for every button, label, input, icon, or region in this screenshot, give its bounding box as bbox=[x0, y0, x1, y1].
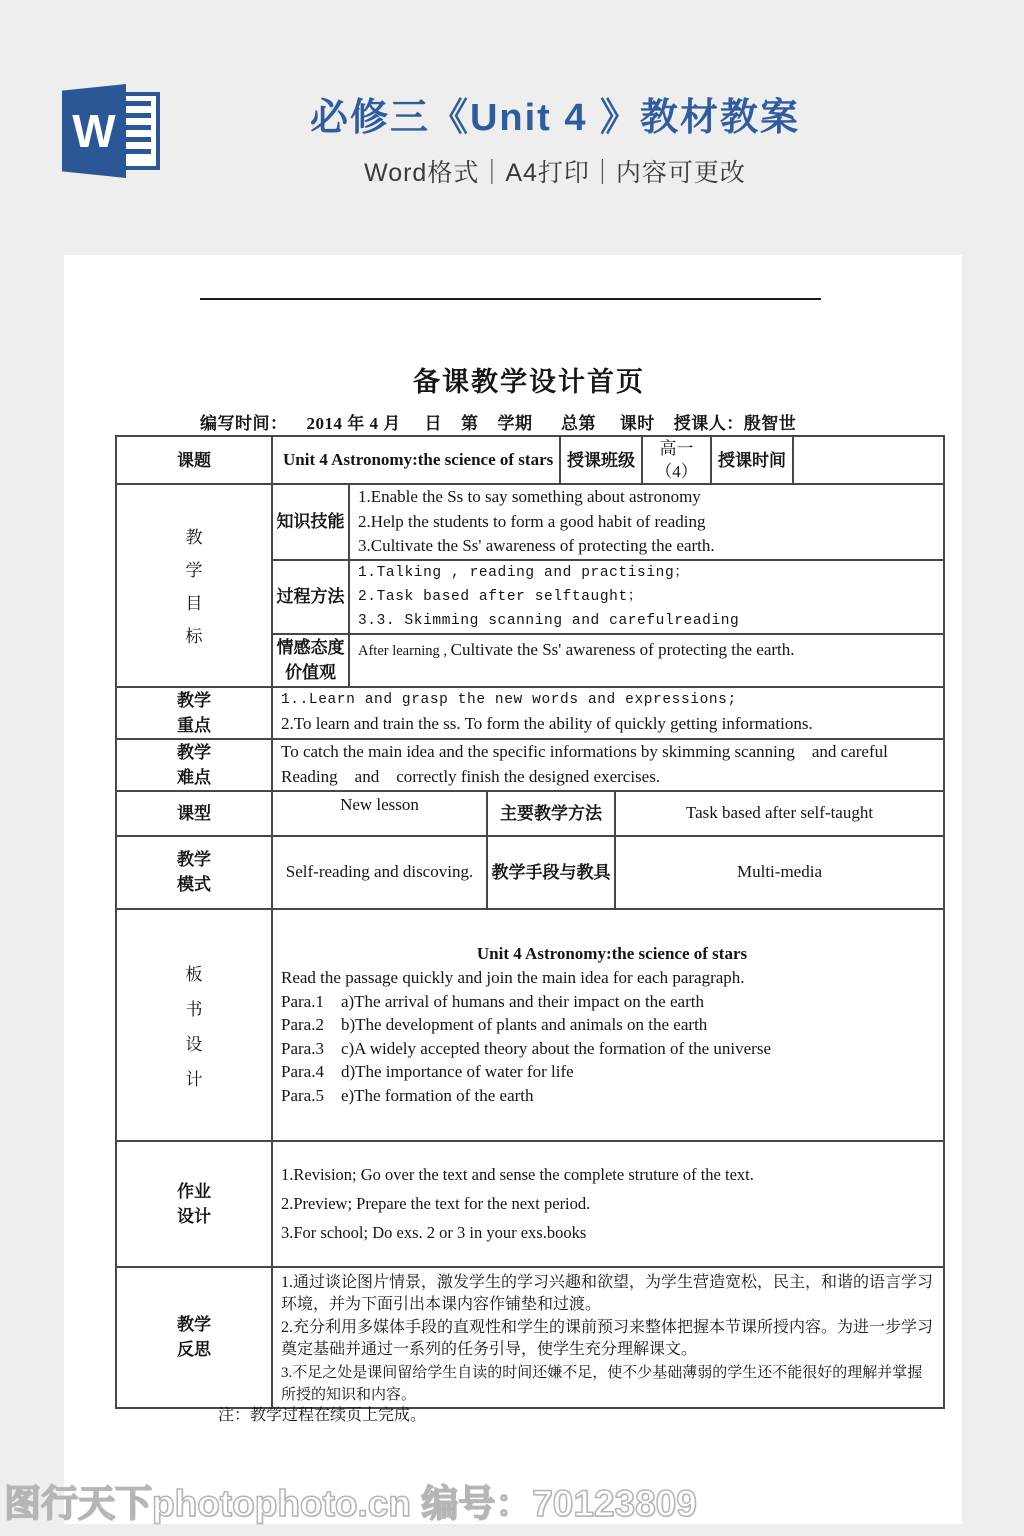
reflection-label-line1: 教学 bbox=[177, 1315, 211, 1334]
objectives-char: 标 bbox=[186, 622, 203, 647]
table-row: 课型 New lesson 主要教学方法 Task based after se… bbox=[116, 791, 944, 836]
table-row: 教学 难点 To catch the main idea and the spe… bbox=[116, 739, 944, 791]
time-value-empty bbox=[793, 436, 944, 484]
emotion-label-line1: 情感态度 bbox=[277, 638, 345, 657]
board-design-char: 书 bbox=[186, 995, 203, 1020]
topic-value: Unit 4 Astronomy:the science of stars bbox=[272, 436, 560, 484]
board-design-char: 计 bbox=[186, 1065, 203, 1090]
product-title: 必修三《Unit 4 》教材教案 bbox=[90, 96, 1020, 142]
key-points-label-line2: 重点 bbox=[117, 713, 271, 738]
product-subtitle: Word格式｜A4打印｜内容可更改 bbox=[90, 153, 1020, 189]
objectives-char: 教 bbox=[186, 523, 203, 548]
objectives-char: 学 bbox=[186, 556, 203, 581]
text-line: Para.1 a)The arrival of humans and their… bbox=[281, 990, 943, 1014]
method-label: 主要教学方法 bbox=[487, 791, 615, 836]
header: W 必修三《Unit 4 》教材教案 Word格式｜A4打印｜内容可更改 bbox=[0, 0, 1024, 255]
teaching-mode-label-line1: 教学 bbox=[177, 850, 211, 869]
table-row: 板 书 设 计 Unit 4 Astronomy:the science of … bbox=[116, 909, 944, 1141]
key-points-content: 1..Learn and grasp the new words and exp… bbox=[272, 687, 944, 739]
footnote: 注：教学过程在续页上完成。 bbox=[218, 1402, 426, 1425]
emotion-content: After learning , Cultivate the Ss' aware… bbox=[349, 634, 944, 687]
reflection-label: 教学 反思 bbox=[116, 1267, 272, 1408]
teaching-mode-label: 教学 模式 bbox=[116, 836, 272, 909]
class-value-line2: （4） bbox=[643, 460, 710, 483]
reflection-label-line2: 反思 bbox=[117, 1337, 271, 1362]
text-line: 2.Preview; Prepare the text for the next… bbox=[281, 1189, 943, 1218]
homework-label: 作业 设计 bbox=[116, 1141, 272, 1267]
text-line: 3.3. Skimming scanning and carefulreadin… bbox=[358, 609, 943, 633]
key-points-label-line1: 教学 bbox=[177, 691, 211, 710]
board-design-content: Unit 4 Astronomy:the science of stars Re… bbox=[272, 909, 944, 1141]
board-design-char: 板 bbox=[186, 960, 203, 985]
difficult-points-content: To catch the main idea and the specific … bbox=[272, 739, 944, 791]
watermark: 图行天下photophoto.cn 编号：70123809 bbox=[4, 1484, 697, 1525]
text-paragraph: 1.通过谈论图片情景，激发学生的学习兴趣和欲望，为学生营造宽松，民主，和谐的语言… bbox=[281, 1272, 933, 1317]
emotion-label: 情感态度 价值观 bbox=[272, 634, 349, 687]
text-line: Para.3 c)A widely accepted theory about … bbox=[281, 1037, 943, 1061]
text-line: 1.Talking , reading and practising； bbox=[358, 561, 943, 585]
knowledge-label: 知识技能 bbox=[272, 484, 349, 560]
text-line: Para.4 d)The importance of water for lif… bbox=[281, 1060, 943, 1084]
tools-label: 教学手段与教具 bbox=[487, 836, 615, 909]
homework-label-line1: 作业 bbox=[177, 1182, 211, 1201]
key-points-label: 教学 重点 bbox=[116, 687, 272, 739]
class-label: 授课班级 bbox=[560, 436, 642, 484]
process-label: 过程方法 bbox=[272, 560, 349, 634]
homework-label-line2: 设计 bbox=[117, 1204, 271, 1229]
doc-heading: 备课教学设计首页 bbox=[115, 360, 943, 399]
table-row: 教学 重点 1..Learn and grasp the new words a… bbox=[116, 687, 944, 739]
lesson-type-value: New lesson bbox=[272, 791, 487, 836]
text-paragraph: 3.不足之处是课间留给学生自读的时间还嫌不足，使不少基础薄弱的学生还不能很好的理… bbox=[281, 1362, 933, 1406]
objectives-label: 教 学 目 标 bbox=[116, 484, 272, 687]
text-line: Reading and correctly finish the designe… bbox=[281, 765, 943, 790]
table-row: 教学 反思 1.通过谈论图片情景，激发学生的学习兴趣和欲望，为学生营造宽松，民主… bbox=[116, 1267, 944, 1408]
class-value-line1: 高一 bbox=[643, 437, 710, 460]
header-text: 必修三《Unit 4 》教材教案 Word格式｜A4打印｜内容可更改 bbox=[90, 96, 1020, 189]
text-line: 2.Help the students to form a good habit… bbox=[358, 510, 943, 535]
table-row: 作业 设计 1.Revision; Go over the text and s… bbox=[116, 1141, 944, 1267]
table-row: 教 学 目 标 知识技能 1.Enable the Ss to say some… bbox=[116, 484, 944, 560]
document-page: 备课教学设计首页 编写时间： 2014 年 4 月 日 第 学期 总第 课时 授… bbox=[64, 255, 962, 1524]
text-span: Cultivate the Ss' awareness of protectin… bbox=[451, 640, 795, 659]
text-line: 1.Enable the Ss to say something about a… bbox=[358, 485, 943, 510]
text-line: Read the passage quickly and join the ma… bbox=[281, 966, 943, 990]
method-value: Task based after self-taught bbox=[615, 791, 944, 836]
table-row: 课题 Unit 4 Astronomy:the science of stars… bbox=[116, 436, 944, 484]
text-line: 2.Task based after selftaught； bbox=[358, 585, 943, 609]
text-line: 2.To learn and train the ss. To form the… bbox=[281, 712, 943, 737]
text-span: After learning , bbox=[358, 643, 451, 659]
teaching-mode-value: Self-reading and discoving. bbox=[272, 836, 487, 909]
emotion-label-line2: 价值观 bbox=[273, 660, 348, 685]
homework-content: 1.Revision; Go over the text and sense t… bbox=[272, 1141, 944, 1267]
meta-line: 编写时间： 2014 年 4 月 日 第 学期 总第 课时 授课人：殷智世 bbox=[200, 409, 796, 434]
reflection-content: 1.通过谈论图片情景，激发学生的学习兴趣和欲望，为学生营造宽松，民主，和谐的语言… bbox=[272, 1267, 944, 1408]
board-design-label: 板 书 设 计 bbox=[116, 909, 272, 1141]
text-line: 1..Learn and grasp the new words and exp… bbox=[281, 688, 943, 712]
teaching-mode-label-line2: 模式 bbox=[117, 872, 271, 897]
text-line: Para.5 e)The formation of the earth bbox=[281, 1084, 943, 1108]
top-rule bbox=[200, 298, 821, 300]
process-content: 1.Talking , reading and practising； 2.Ta… bbox=[349, 560, 944, 634]
text-line: To catch the main idea and the specific … bbox=[281, 740, 943, 765]
lesson-type-label: 课型 bbox=[116, 791, 272, 836]
tools-value: Multi-media bbox=[615, 836, 944, 909]
text-line: 3.For school; Do exs. 2 or 3 in your exs… bbox=[281, 1218, 943, 1247]
lesson-plan-table: 课题 Unit 4 Astronomy:the science of stars… bbox=[115, 435, 945, 1409]
table-row: 教学 模式 Self-reading and discoving. 教学手段与教… bbox=[116, 836, 944, 909]
class-value: 高一 （4） bbox=[642, 436, 711, 484]
text-line: 1.Revision; Go over the text and sense t… bbox=[281, 1160, 943, 1189]
difficult-points-label: 教学 难点 bbox=[116, 739, 272, 791]
text-line: 3.Cultivate the Ss' awareness of protect… bbox=[358, 534, 943, 559]
knowledge-content: 1.Enable the Ss to say something about a… bbox=[349, 484, 944, 560]
board-design-char: 设 bbox=[186, 1030, 203, 1055]
difficult-points-label-line2: 难点 bbox=[117, 765, 271, 790]
board-title: Unit 4 Astronomy:the science of stars bbox=[281, 942, 943, 966]
text-paragraph: 2.充分利用多媒体手段的直观性和学生的课前预习来整体把握本节课所授内容。为进一步… bbox=[281, 1317, 933, 1362]
text-line: Para.2 b)The development of plants and a… bbox=[281, 1013, 943, 1037]
objectives-char: 目 bbox=[186, 589, 203, 614]
time-label: 授课时间 bbox=[711, 436, 793, 484]
topic-label: 课题 bbox=[116, 436, 272, 484]
difficult-points-label-line1: 教学 bbox=[177, 743, 211, 762]
